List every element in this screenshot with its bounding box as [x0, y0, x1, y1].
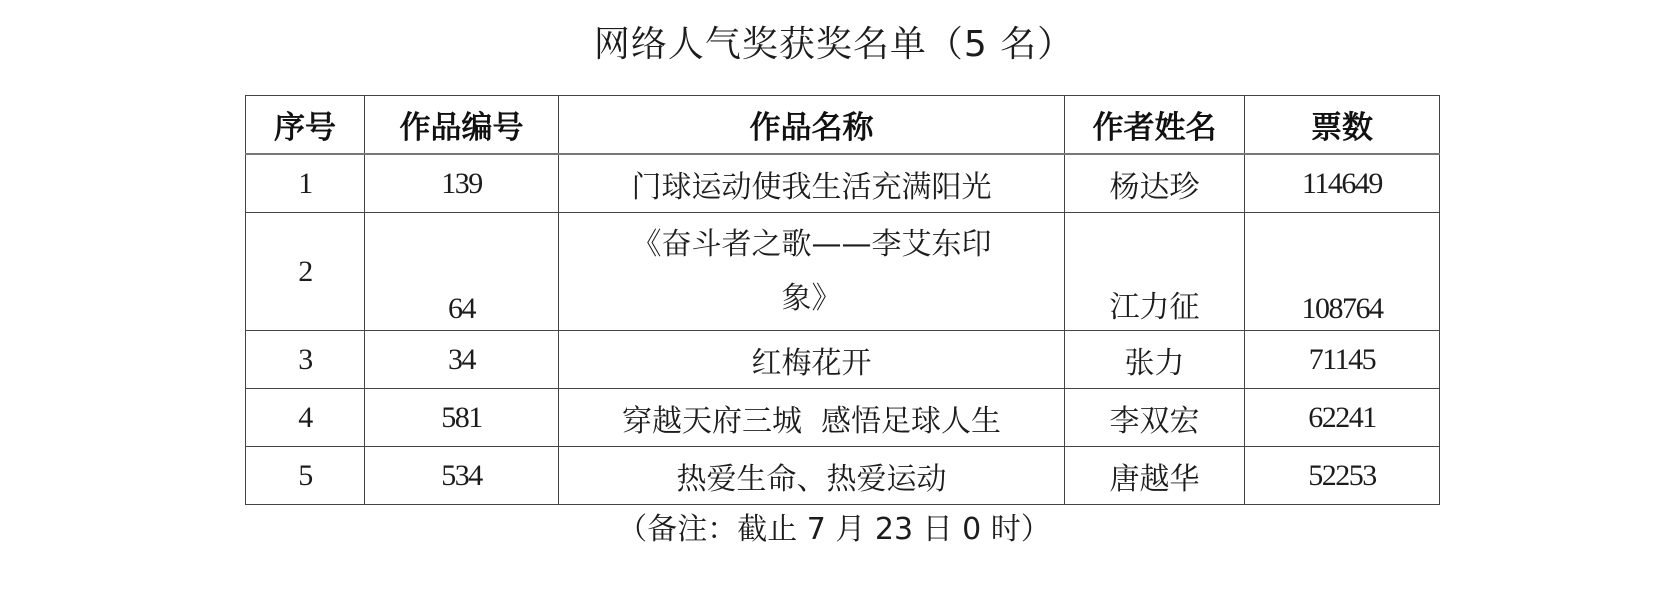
- header-rank: 序号: [246, 96, 365, 155]
- cell-votes: 71145: [1245, 331, 1440, 389]
- cell-rank: 4: [246, 389, 365, 447]
- cell-rank: 2: [246, 213, 365, 331]
- table-row: 5 534 热爱生命、热爱运动 唐越华 52253: [246, 447, 1440, 505]
- cell-work-id: 534: [365, 447, 559, 505]
- cell-rank: 1: [246, 154, 365, 213]
- cell-work-title: 穿越天府三城 感悟足球人生: [559, 389, 1065, 447]
- cell-work-title: 门球运动使我生活充满阳光: [559, 154, 1065, 213]
- cell-work-id: 64: [365, 213, 559, 331]
- cell-work-id: 34: [365, 331, 559, 389]
- award-winners-table: 序号 作品编号 作品名称 作者姓名 票数 1 139 门球运动使我生活充满阳光 …: [245, 95, 1440, 505]
- work-title-line-1: 《奋斗者之歌——李艾东印: [559, 218, 1064, 272]
- cell-votes: 52253: [1245, 447, 1440, 505]
- table-row: 1 139 门球运动使我生活充满阳光 杨达珍 114649: [246, 154, 1440, 213]
- cell-work-title: 热爱生命、热爱运动: [559, 447, 1065, 505]
- work-title-line-2: 象》: [559, 272, 1064, 326]
- cell-author: 杨达珍: [1065, 154, 1245, 213]
- cell-rank: 5: [246, 447, 365, 505]
- cell-author: 李双宏: [1065, 389, 1245, 447]
- table-row: 3 34 红梅花开 张力 71145: [246, 331, 1440, 389]
- table-row: 4 581 穿越天府三城 感悟足球人生 李双宏 62241: [246, 389, 1440, 447]
- header-author: 作者姓名: [1065, 96, 1245, 155]
- cell-author: 唐越华: [1065, 447, 1245, 505]
- cell-votes: 108764: [1245, 213, 1440, 331]
- header-work-id: 作品编号: [365, 96, 559, 155]
- table-row: 2 64 《奋斗者之歌——李艾东印 象》 江力征 108764: [246, 213, 1440, 331]
- cell-author: 江力征: [1065, 213, 1245, 331]
- cell-work-title: 红梅花开: [559, 331, 1065, 389]
- cell-work-id: 139: [365, 154, 559, 213]
- cell-votes: 114649: [1245, 154, 1440, 213]
- footnote: （备注：截止 7 月 23 日 0 时）: [0, 508, 1668, 552]
- cell-rank: 3: [246, 331, 365, 389]
- header-work-title: 作品名称: [559, 96, 1065, 155]
- table-header-row: 序号 作品编号 作品名称 作者姓名 票数: [246, 96, 1440, 155]
- page-title: 网络人气奖获奖名单（5 名）: [0, 20, 1668, 70]
- cell-votes: 62241: [1245, 389, 1440, 447]
- cell-author: 张力: [1065, 331, 1245, 389]
- cell-work-title: 《奋斗者之歌——李艾东印 象》: [559, 213, 1065, 331]
- cell-work-id: 581: [365, 389, 559, 447]
- header-votes: 票数: [1245, 96, 1440, 155]
